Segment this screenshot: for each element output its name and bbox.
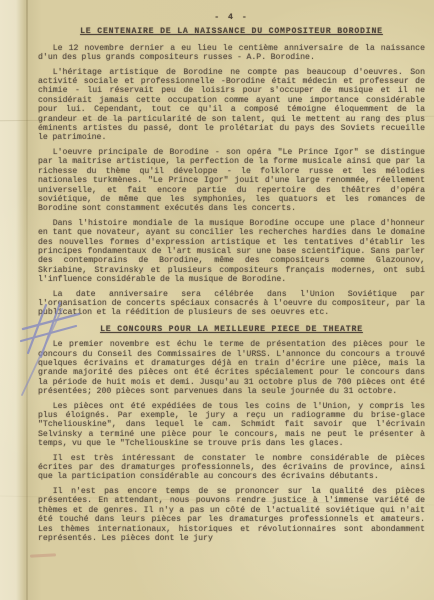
- document-body: - 4 - LE CENTENAIRE DE LA NAISSANCE DU C…: [38, 13, 425, 548]
- section-heading-concours: LE CONCOURS POUR LA MEILLEURE PIECE DE T…: [38, 325, 425, 334]
- paragraph: La date anniversaire sera célébrée dans …: [38, 290, 425, 318]
- page-number: - 4 -: [38, 13, 425, 22]
- paragraph: Il est très intéressant de constater le …: [38, 454, 425, 482]
- paragraph: Le 12 novembre dernier a eu lieu le cent…: [38, 44, 425, 63]
- pencil-hash-mark-icon: [15, 299, 87, 399]
- scanned-document-page: - 4 - LE CENTENAIRE DE LA NAISSANCE DU C…: [0, 0, 434, 600]
- paragraph: Il n'est pas encore temps de se prononce…: [38, 487, 425, 543]
- paragraph: L'héritage artistique de Borodine ne com…: [38, 68, 425, 143]
- paragraph: Le premier novembre est échu le terme de…: [38, 340, 425, 396]
- paragraph: Les pièces ont été expédiées de tous les…: [38, 402, 425, 449]
- section-heading-borodine: LE CENTENAIRE DE LA NAISSANCE DU COMPOSI…: [38, 27, 425, 36]
- paragraph: Dans l'histoire mondiale de la musique B…: [38, 219, 425, 285]
- paragraph: L'oeuvre principale de Borodine - son op…: [38, 148, 425, 214]
